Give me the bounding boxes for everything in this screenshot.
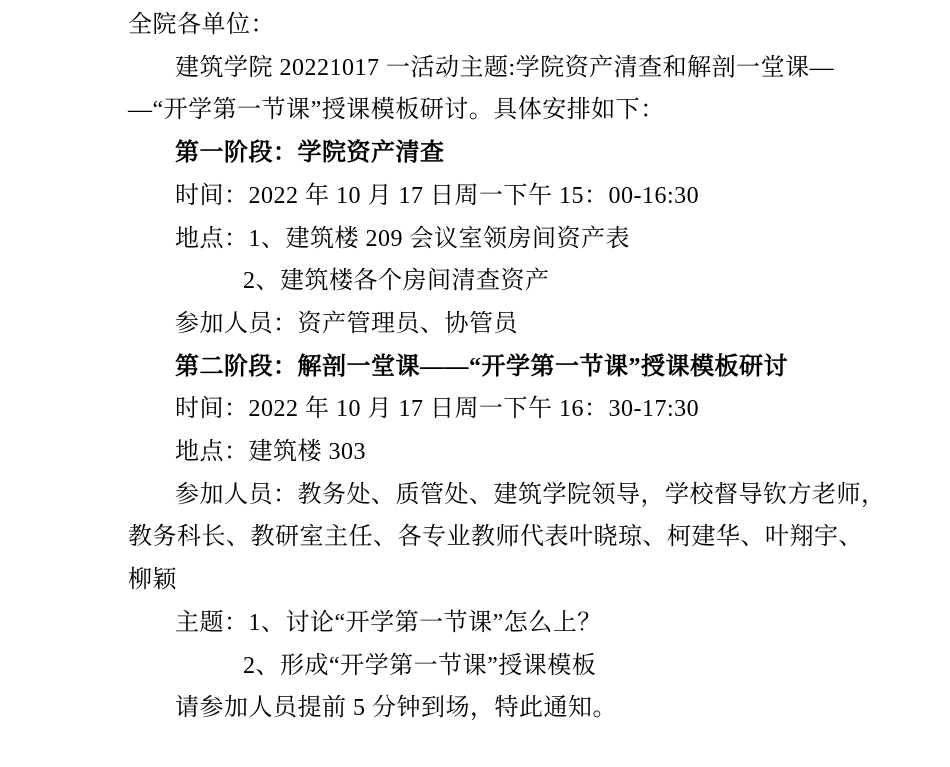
text-line-6: 地点：1、建筑楼 209 会议室领房间资产表 xyxy=(175,218,840,261)
document-body: 全院各单位：建筑学院 20221017 一活动主题:学院资产清查和解剖一堂课——… xyxy=(128,4,840,730)
text-line-13: 教务科长、教研室主任、各专业教师代表叶晓琼、柯建华、叶翔宇、 xyxy=(128,516,840,559)
text-line-5: 时间：2022 年 10 月 17 日周一下午 15：00-16:30 xyxy=(175,175,840,218)
text-line-9: 第二阶段：解剖一堂课——“开学第一节课”授课模板研讨 xyxy=(175,346,840,389)
text-line-11: 地点：建筑楼 303 xyxy=(175,431,840,474)
text-line-10: 时间：2022 年 10 月 17 日周一下午 16：30-17:30 xyxy=(175,388,840,431)
text-line-14: 柳颖 xyxy=(128,559,840,602)
text-line-12: 参加人员：教务处、质管处、建筑学院领导，学校督导钦方老师， xyxy=(175,474,840,517)
document-page: 全院各单位：建筑学院 20221017 一活动主题:学院资产清查和解剖一堂课——… xyxy=(128,4,840,730)
text-line-8: 参加人员：资产管理员、协管员 xyxy=(175,303,840,346)
text-line-17: 请参加人员提前 5 分钟到场，特此通知。 xyxy=(175,687,840,730)
text-line-4: 第一阶段：学院资产清查 xyxy=(175,132,840,175)
text-line-2: 建筑学院 20221017 一活动主题:学院资产清查和解剖一堂课— xyxy=(175,47,840,90)
text-line-1: 全院各单位： xyxy=(128,4,840,47)
text-line-3: —“开学第一节课”授课模板研讨。具体安排如下： xyxy=(128,89,840,132)
text-line-16: 2、形成“开学第一节课”授课模板 xyxy=(243,645,840,688)
text-line-7: 2、建筑楼各个房间清查资产 xyxy=(243,260,840,303)
text-line-15: 主题：1、讨论“开学第一节课”怎么上？ xyxy=(175,602,840,645)
